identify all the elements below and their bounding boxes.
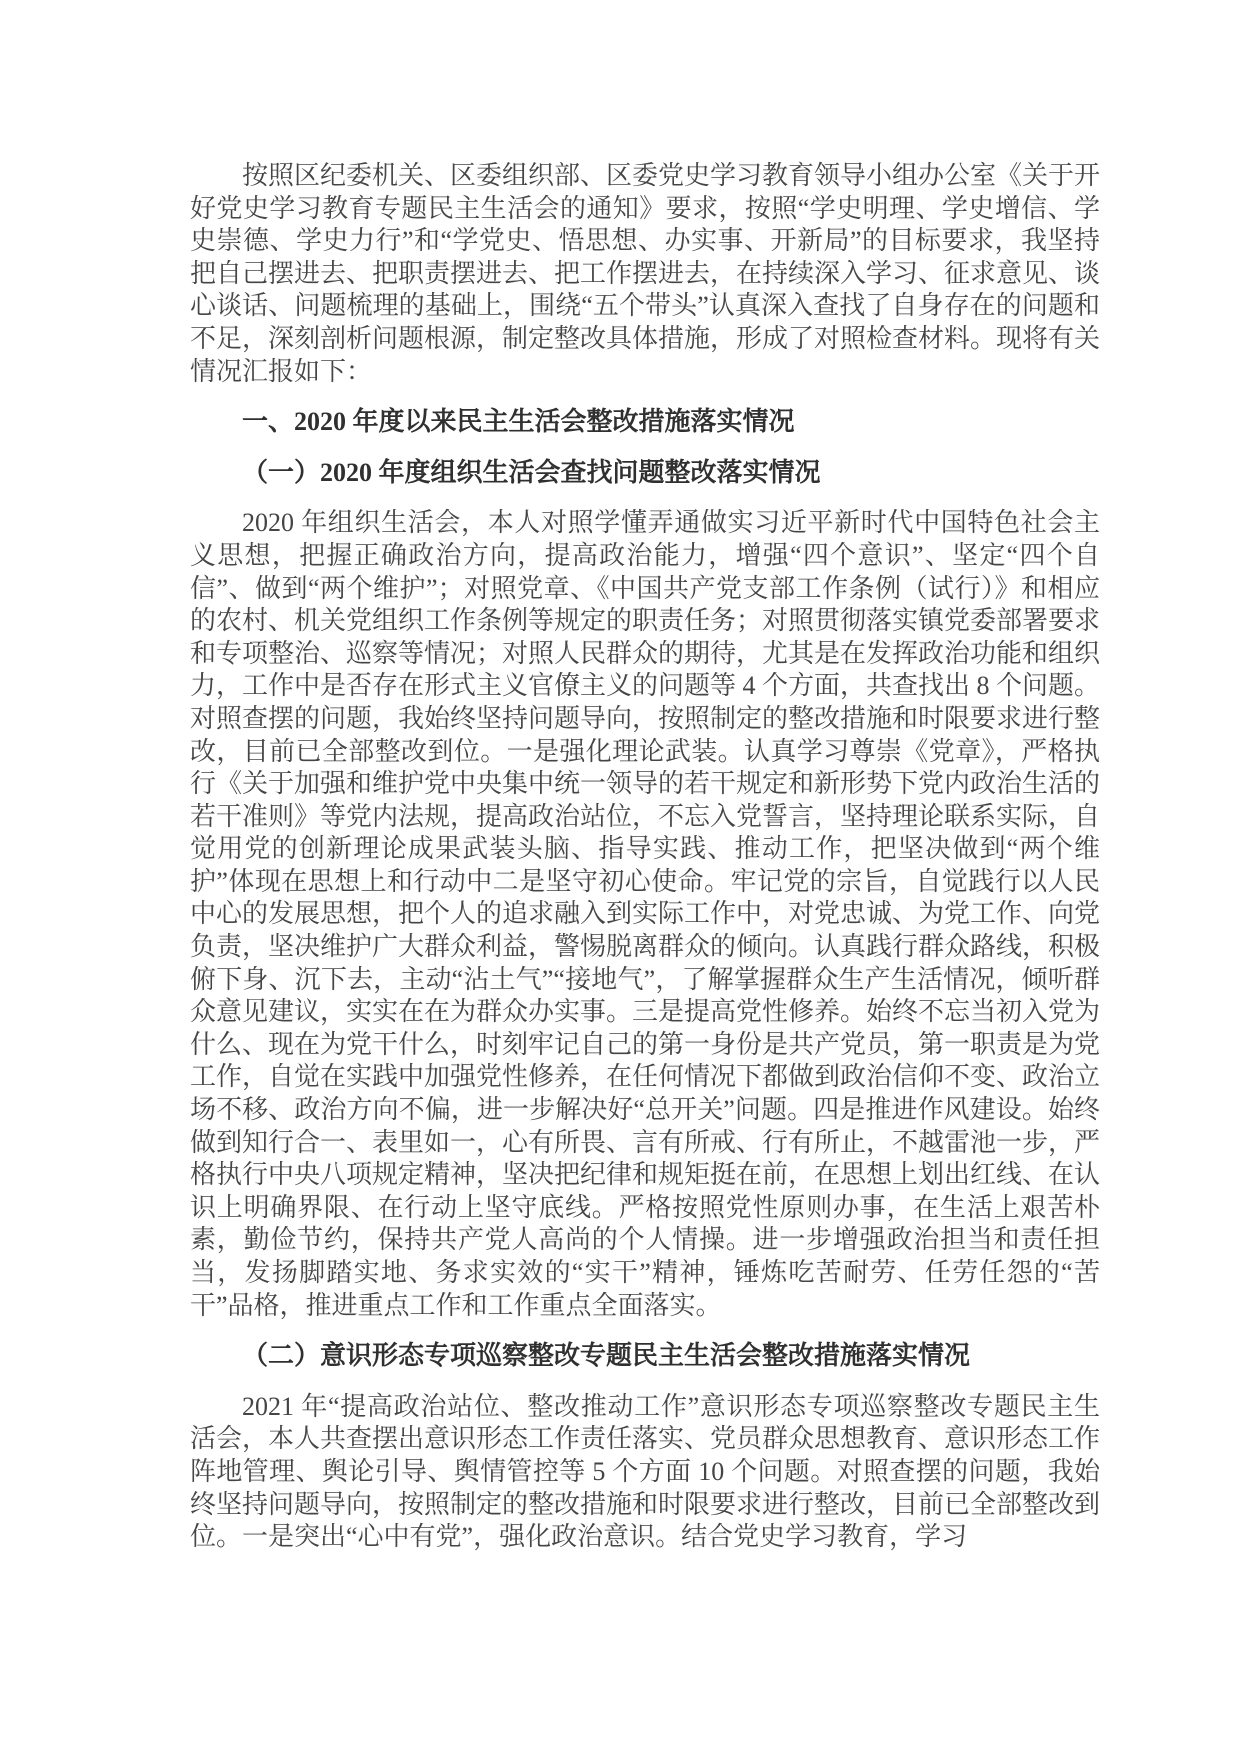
document-body: 按照区纪委机关、区委组织部、区委党史学习教育领导小组办公室《关于开好党史学习教育…: [190, 160, 1100, 1554]
section-1-2-paragraph: 2021 年“提高政治站位、整改推动工作”意识形态专项巡察整改专题民主生活会，本…: [190, 1391, 1100, 1554]
section-1-1-paragraph: 2020 年组织生活会，本人对照学懂弄通做实习近平新时代中国特色社会主义思想，把…: [190, 507, 1100, 1322]
document-page: 按照区纪委机关、区委组织部、区委党史学习教育领导小组办公室《关于开好党史学习教育…: [0, 0, 1240, 1754]
section-1-2-heading: （二）意识形态专项巡察整改专题民主生活会整改措施落实情况: [190, 1340, 1100, 1373]
section-1-1-heading: （一）2020 年度组织生活会查找问题整改落实情况: [190, 457, 1100, 490]
opening-paragraph: 按照区纪委机关、区委组织部、区委党史学习教育领导小组办公室《关于开好党史学习教育…: [190, 160, 1100, 388]
section-1-heading: 一、2020 年度以来民主生活会整改措施落实情况: [190, 406, 1100, 439]
